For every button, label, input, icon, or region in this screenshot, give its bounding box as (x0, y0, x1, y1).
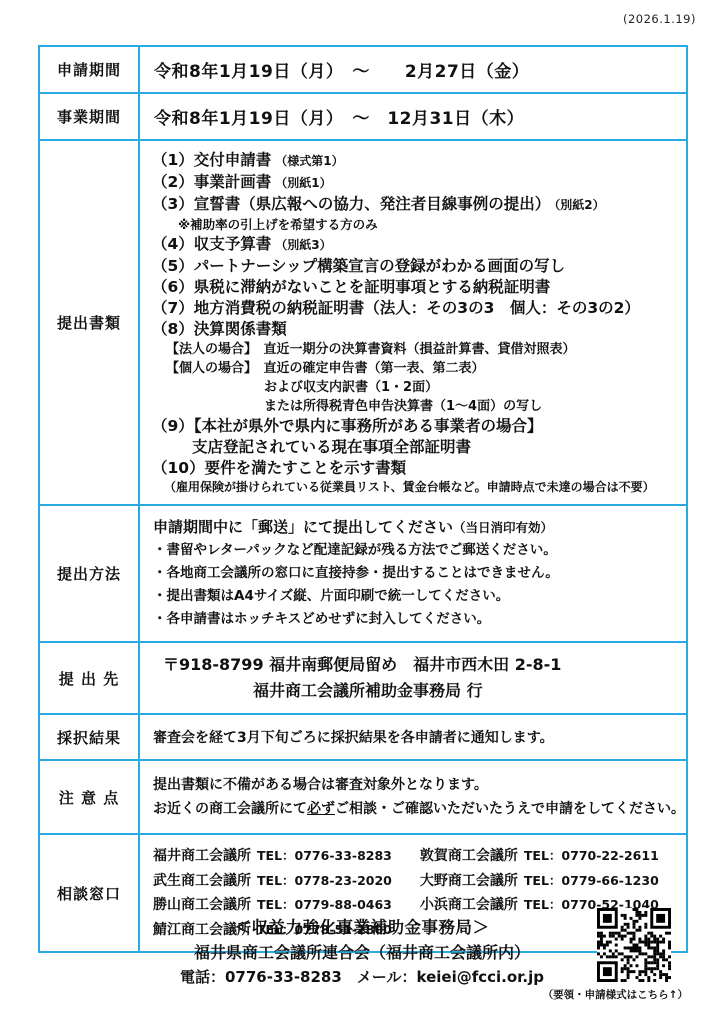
method-heading: 申請期間中に「郵送」にて提出してください（当日消印有効） (153, 516, 678, 539)
contact-item: 敦賀商工会議所TEL：0770-22-2611 (420, 844, 659, 869)
doc-item-note: （様式第1） (275, 154, 343, 168)
project-period-value: 令和8年1月19日（月） ～ 12月31日（木） (140, 94, 686, 139)
doc-item-subnote: （雇用保険が掛けられている従業員リスト、賃金台帳など。申請時点で未達の場合は不要… (152, 479, 680, 496)
row-application-period: 申請期間 令和8年1月19日（月） ～ 2月27日（金） (40, 47, 686, 92)
doc-item: 支店登記されている現在事項全部証明書 (152, 437, 680, 458)
notes-line: 提出書類に不備がある場合は審査対象外となります。 (153, 773, 685, 797)
row-method: 提出方法 申請期間中に「郵送」にて提出してください（当日消印有効） ・書留やレタ… (40, 504, 686, 641)
row-label: 申請期間 (40, 47, 140, 92)
contact-item: 武生商工会議所TEL：0778-23-2020 (153, 869, 392, 894)
documents-list: （1）交付申請書（様式第1） （2）事業計画書（別紙1） （3）宣誓書（県広報へ… (140, 141, 686, 504)
row-label: 注 意 点 (40, 761, 140, 833)
method-bullet: ・書留やレターパックなど配達記録が残る方法でご郵送ください。 (153, 539, 678, 562)
doc-item-sub: 【法人の場合】 直近一期分の決算書資料（損益計算書、貸借対照表） (152, 340, 680, 359)
qr-block: （要領・申請様式はこちら↑） (594, 908, 674, 982)
doc-item-sub: および収支内訳書（1・2面） (152, 378, 680, 397)
notes-emphasis: 必ず (307, 801, 335, 817)
contact-tel: TEL：0779-66-1230 (524, 873, 659, 888)
doc-item: （1）交付申請書（様式第1） (152, 150, 680, 172)
method-heading-note: （当日消印有効） (453, 520, 553, 535)
document-date: (2026.1.19) (623, 12, 696, 26)
doc-item-note: （別紙2） (554, 198, 604, 212)
doc-item-sub: 【個人の場合】 直近の確定申告書（第一表、第二表） (152, 359, 680, 378)
application-period-value: 令和8年1月19日（月） ～ 2月27日（金） (140, 47, 686, 92)
doc-item: （2）事業計画書（別紙1） (152, 172, 680, 194)
contact-item: 福井商工会議所TEL：0776-33-8283 (153, 844, 392, 869)
doc-item-note: （別紙3） (275, 238, 331, 252)
doc-item: （5）パートナーシップ構築宣言の登録がわかる画面の写し (152, 256, 680, 277)
doc-item: （6）県税に滞納がないことを証明事項とする納税証明書 (152, 277, 680, 298)
address-line: 〒918-8799 福井南郵便局留め 福井市西木田 2-8-1 (148, 652, 678, 678)
notes-content: 提出書類に不備がある場合は審査対象外となります。 お近くの商工会議所にて必ずご相… (140, 761, 693, 833)
row-project-period: 事業期間 令和8年1月19日（月） ～ 12月31日（木） (40, 92, 686, 139)
notes-line: お近くの商工会議所にて必ずご相談・ご確認いただいたうえで申請をしてください。 (153, 797, 685, 821)
doc-item: （10）要件を満たすことを示す書類 (152, 458, 680, 479)
qr-caption: （要領・申請様式はこちら↑） (543, 987, 688, 1002)
document-page: (2026.1.19) 申請期間 令和8年1月19日（月） ～ 2月27日（金）… (0, 0, 724, 1024)
row-address: 提 出 先 〒918-8799 福井南郵便局留め 福井市西木田 2-8-1 福井… (40, 641, 686, 713)
row-notes: 注 意 点 提出書類に不備がある場合は審査対象外となります。 お近くの商工会議所… (40, 759, 686, 833)
contact-tel: TEL：0778-23-2020 (257, 873, 392, 888)
contact-item: 大野商工会議所TEL：0779-66-1230 (420, 869, 659, 894)
doc-item: （4）収支予算書（別紙3） (152, 234, 680, 256)
method-bullet: ・各地商工会議所の窓口に直接持参・提出することはできません。 (153, 562, 678, 585)
row-label: 提出方法 (40, 506, 140, 641)
row-documents: 提出書類 （1）交付申請書（様式第1） （2）事業計画書（別紙1） （3）宣誓書… (40, 139, 686, 504)
doc-item-subnote: ※補助率の引上げを希望する方のみ (152, 216, 680, 234)
contact-tel: TEL：0776-33-8283 (257, 848, 392, 863)
method-bullet: ・各申請書はホッチキスどめせずに封入してください。 (153, 608, 678, 631)
address-line: 福井商工会議所補助金事務局 行 (148, 678, 678, 704)
doc-item: （7）地方消費税の納税証明書（法人：その3の3 個人：その3の2） (152, 298, 680, 319)
contact-item: 勝山商工会議所TEL：0779-88-0463 (153, 893, 392, 918)
method-content: 申請期間中に「郵送」にて提出してください（当日消印有効） ・書留やレターパックな… (140, 506, 686, 641)
contact-tel: TEL：0779-88-0463 (257, 897, 392, 912)
method-bullet: ・提出書類はA4サイズ縦、片面印刷で統一してください。 (153, 585, 678, 608)
row-label: 採択結果 (40, 715, 140, 759)
row-label: 事業期間 (40, 94, 140, 139)
doc-item: （3）宣誓書（県広報への協力、発注者目線事例の提出）（別紙2） (152, 194, 680, 216)
result-text: 審査会を経て3月下旬ごろに採択結果を各申請者に通知します。 (140, 715, 686, 759)
row-label: 提出書類 (40, 141, 140, 504)
row-result: 採択結果 審査会を経て3月下旬ごろに採択結果を各申請者に通知します。 (40, 713, 686, 759)
address-content: 〒918-8799 福井南郵便局留め 福井市西木田 2-8-1 福井商工会議所補… (140, 643, 686, 713)
info-table: 申請期間 令和8年1月19日（月） ～ 2月27日（金） 事業期間 令和8年1月… (38, 45, 688, 953)
doc-item: （9）【本社が県外で県内に事務所がある事業者の場合】 (152, 416, 680, 437)
doc-item: （8）決算関係書類 (152, 319, 680, 340)
doc-item-note: （別紙1） (275, 176, 331, 190)
contact-tel: TEL：0770-22-2611 (524, 848, 659, 863)
doc-item-sub: または所得税青色申告決算書（1～4面）の写し (152, 397, 680, 416)
qr-code (597, 908, 671, 982)
row-label: 提 出 先 (40, 643, 140, 713)
